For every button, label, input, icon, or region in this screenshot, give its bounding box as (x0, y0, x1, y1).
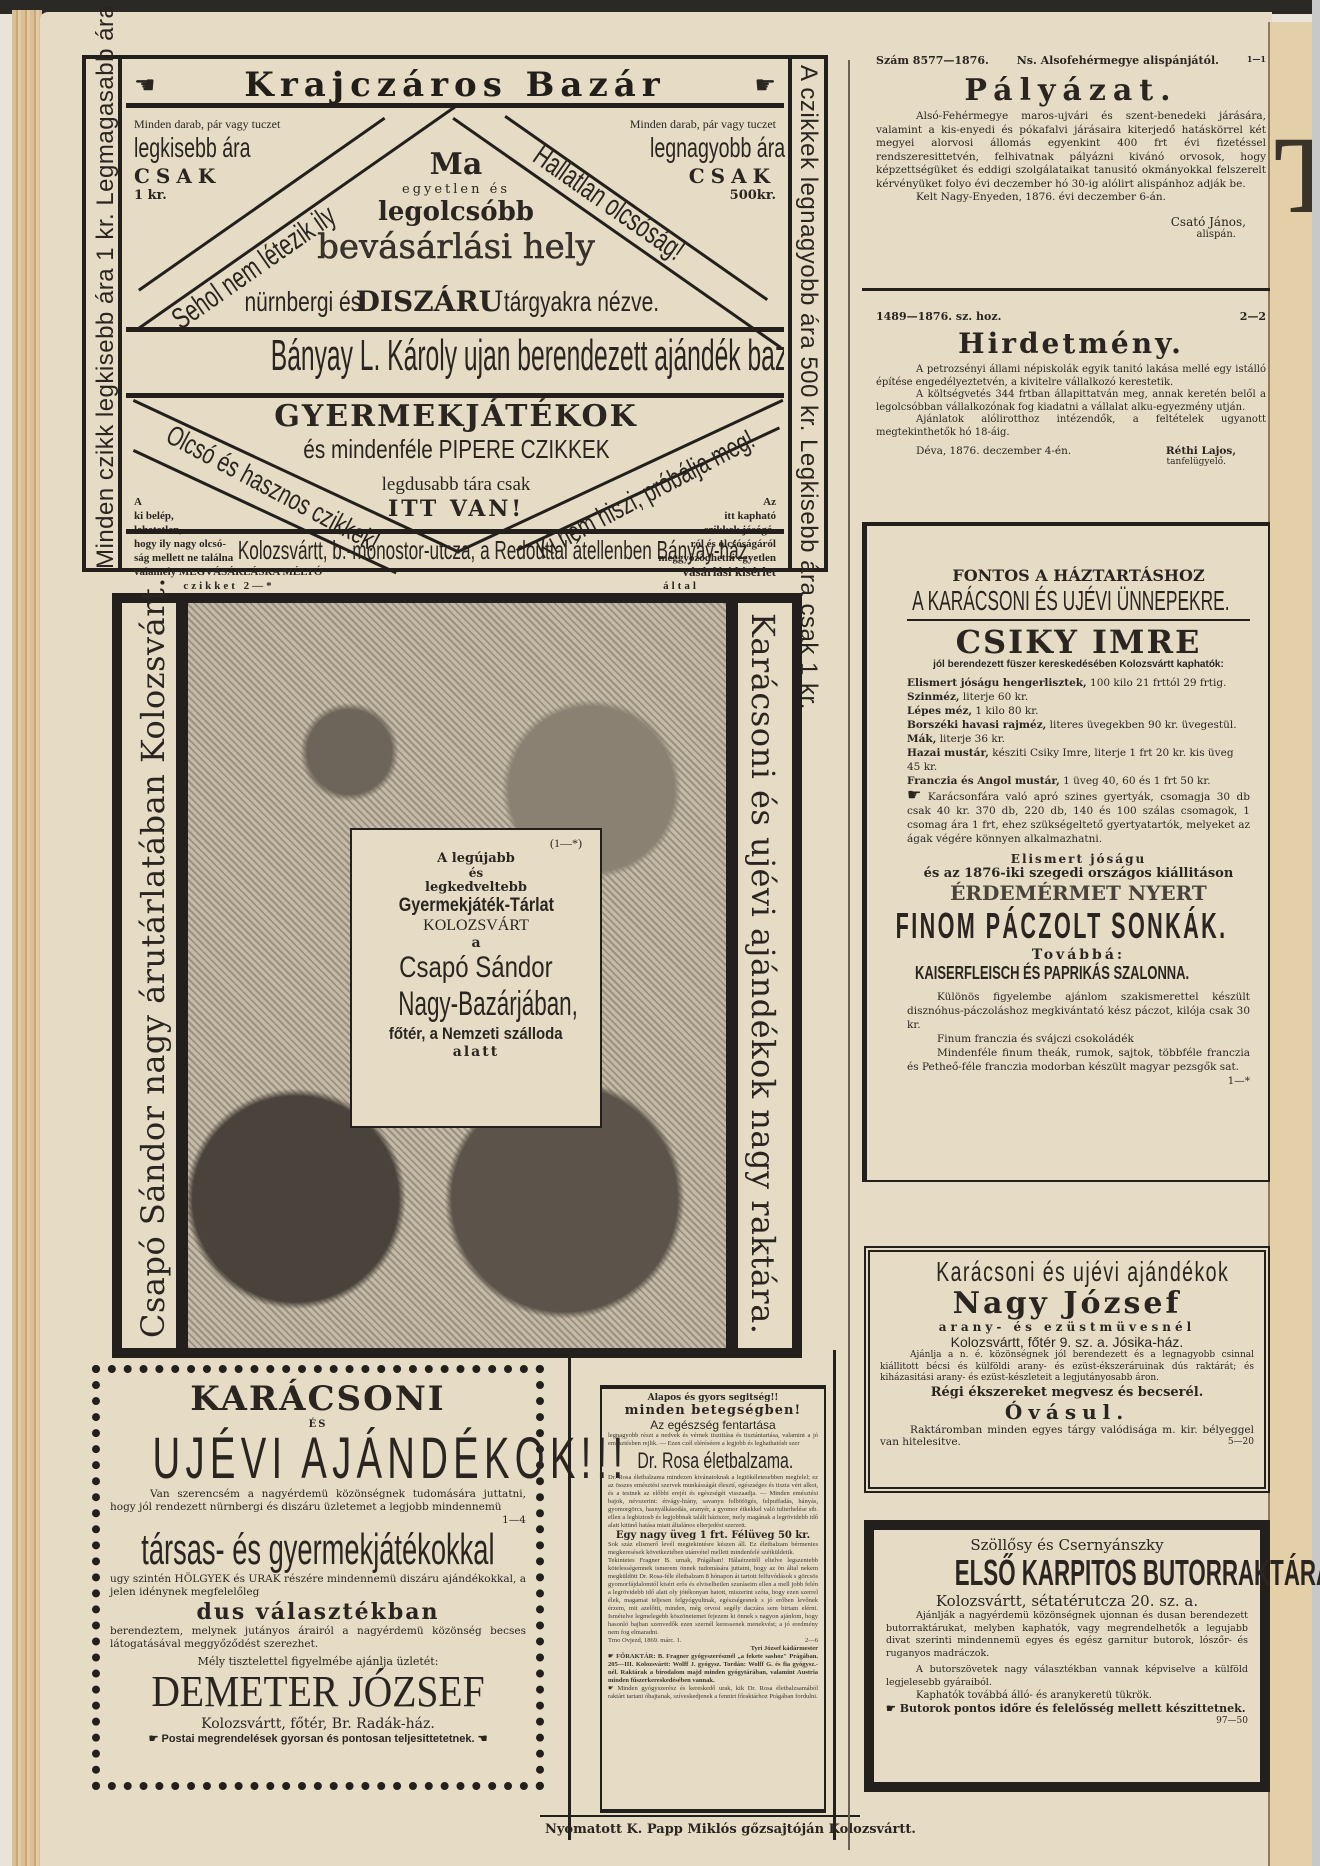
pointing-hand-icon: ☛ (608, 1653, 614, 1660)
item-name: Franczia és Angol mustár, (907, 775, 1060, 787)
csiky-item: Szinméz, literje 60 kr. (907, 690, 1250, 704)
postal-text: Postai megrendelések gyorsan és pontosan… (162, 1733, 475, 1745)
demeter-p2: ugy szintén HÖLGYEK és URAK részére mind… (110, 1573, 526, 1599)
pointing-hand-icon: ☛ (149, 1733, 159, 1745)
item-price: literes üvegekben 90 kr. üvegestül. (1046, 719, 1236, 731)
hirdetmeny-footer: Déva, 1876. deczember 4-én. Réthi Lajos, (876, 445, 1266, 457)
bazar-inner: ☚ Krajczáros Bazár ☛ Minden darab, pár v… (126, 59, 784, 568)
szollosy-h2: ELSŐ KARPITOS BUTORRAKTÁRA (955, 1554, 1179, 1592)
divider (862, 288, 1270, 291)
bazar-title: Krajczáros Bazár (126, 65, 784, 99)
csiky-item: Borszéki havasi rajméz, literes üvegekbe… (907, 718, 1250, 732)
left-vertical-band: Minden czikk legkisebb ára 1 kr. Legmaga… (86, 59, 122, 568)
nagy-p2: Raktáromban minden egyes tárgy valódiság… (880, 1424, 1254, 1449)
dr-rosa-ad: Alapos és gyors segitség!! minden betegs… (600, 1385, 826, 1813)
pointing-hand-icon: ☛ (608, 1685, 614, 1692)
karacsoni-heading: KARÁCSONI (110, 1379, 526, 1419)
ad-ref: 1—1 (1247, 54, 1266, 67)
caption-line: alatt (352, 1044, 600, 1060)
rosa-h2: minden betegségben! (608, 1403, 818, 1418)
pointing-hand-icon: ☚ (478, 1733, 488, 1745)
illustration-caption: (1—*) A legújabb és legkedveltebb Gyerme… (350, 828, 602, 1128)
pointing-hand-icon: ☛ (907, 785, 921, 804)
signer: Réthi Lajos, (1166, 445, 1236, 457)
bazar-address: Kolozsvártt, b.-monostor-utcza, a Redout… (126, 535, 784, 566)
rosa-h3: Az egészség fentartása (608, 1418, 818, 1432)
text-line: Az (586, 495, 776, 509)
pointing-hand-icon: ☛ (754, 71, 776, 99)
csiky-item: Elismert jóságu hengerlisztek, 100 kilo … (907, 676, 1250, 690)
diszaru-line: nürnbergi és DISZÁRU tárgyakra nézve. (126, 285, 784, 318)
caption-line: Csapó Sándor (399, 951, 552, 985)
ad-ref: 1—* (1198, 1074, 1250, 1088)
rosa-p1: legnagyobb részt a nedvek és vérnek tisz… (608, 1432, 818, 1448)
banyay-banner: Bányay L. Károly ujan berendezett ajándé… (126, 331, 784, 381)
szollosy-ad: Szöllősy és Csernyánszky ELSŐ KARPITOS B… (864, 1520, 1270, 1792)
signed-name: Tyri József kádármester (608, 1645, 818, 1653)
csiky-sub: jól berendezett füszer kereskedésében Ko… (907, 659, 1250, 670)
csiky-item: Mák, literje 36 kr. (907, 732, 1250, 746)
csiky-kaiser: KAISERFLEISCH ÉS PAPRIKÁS SZALONNA. (915, 963, 1162, 984)
issuer: Ns. Alsofehérmegye alispánjától. (1017, 54, 1219, 67)
hirdetmeny-p2: A költségvetés 344 frtban állapittatván … (876, 389, 1266, 414)
column-separator (848, 60, 850, 1850)
pointing-hand-icon: ☛ (886, 1702, 896, 1715)
item-price: literje 60 kr. (960, 691, 1029, 703)
diszaru-post: tárgyakra nézve. (504, 286, 659, 318)
csiky-sonkak: FINOM PÁCZOLT SONKÁK. (896, 905, 1102, 947)
item-name: Elismert jóságu hengerlisztek, (907, 677, 1087, 689)
item-price: 100 kilo 21 frttól 29 frtig. (1087, 677, 1227, 689)
text-line: A (134, 495, 324, 509)
rosa-price: Egy nagy üveg 1 frt. Félüveg 50 kr. (608, 1530, 818, 1541)
palyazat-body: Alsó-Fehérmegye maros-ujvári és szent-be… (876, 110, 1266, 191)
csiky-items: Elismert jóságu hengerlisztek, 100 kilo … (907, 676, 1250, 788)
demeter-address: Kolozsvártt, főtér, Br. Radák-ház. (110, 1716, 526, 1732)
csiky-h2: A KARÁCSONI ÉS UJÉVI ÜNNEPEKRE. (912, 585, 1125, 617)
p4-text: Butorok pontos időre és felelősség melle… (900, 1702, 1246, 1715)
csiky-imre-ad: FONTOS A HÁZTARTÁSHOZ A KARÁCSONI ÉS UJÉ… (862, 522, 1270, 1182)
palyazat-header: Szám 8577—1876. Ns. Alsofehérmegye alisp… (876, 54, 1266, 67)
csiky-tovabba: Továbbá: (907, 947, 1250, 963)
palyazat-title: Pályázat. (876, 73, 1266, 108)
krajczaros-bazar-ad: Minden czikk legkisebb ára 1 kr. Legmaga… (82, 55, 828, 572)
item-name: Lépes méz, (907, 705, 972, 717)
item-name: Borszéki havasi rajméz, (907, 719, 1046, 731)
divider (126, 393, 784, 398)
candles-text: Karácsonfára való apró szines gyertyák, … (907, 791, 1250, 845)
item-price: 1 kilo 80 kr. (972, 705, 1038, 717)
caption-line: a (352, 935, 600, 951)
csiky-item: Lépes méz, 1 kilo 80 kr. (907, 704, 1250, 718)
csiky-kiallitas: és az 1876-iki szegedi országos kiállitá… (907, 866, 1250, 881)
rosa-h1: Alapos és gyors segitség!! (608, 1393, 818, 1403)
footer-rule (540, 1815, 860, 1817)
csiky-item: Franczia és Angol mustár, 1 üveg 40, 60 … (907, 774, 1250, 788)
right-box-caption: Minden darab, pár vagy tuczet (596, 117, 776, 132)
left-box-csak: CSAK (134, 164, 294, 188)
nagy-regi: Régi ékszereket megvesz és becserél. (880, 1385, 1254, 1400)
text-line: ki belép, (134, 509, 324, 523)
diszaru-word: DISZÁRU (356, 285, 503, 318)
p5-text: Minden gyógyszerész és kereskedő urak, k… (608, 1685, 818, 1700)
hirdetmeny-header: 1489—1876. sz. hoz. 2—2 (876, 310, 1266, 323)
center-ma: Ma (276, 147, 636, 182)
hirdetmeny-title: Hirdetmény. (876, 327, 1266, 360)
right-vertical-band: A czikkek legnagyobb ára 500 kr. Legkise… (788, 59, 824, 568)
hirdetmeny-p3: Ajánlatok alólirotthoz intézendők, a fel… (876, 414, 1266, 439)
palyazat-dated: Kelt Nagy-Enyeden, 1876. évi deczember 6… (876, 191, 1266, 203)
csiky-name: CSIKY IMRE (907, 625, 1250, 659)
csiky-elismert: Elismert jóságu (907, 852, 1250, 866)
right-box-label: legnagyobb ára (650, 132, 776, 164)
itt-van-block: legdusabb tára csak ITT VAN! (316, 474, 596, 522)
divider (126, 529, 784, 534)
szollosy-p4: ☛ Butorok pontos időre és felelősség mel… (886, 1702, 1248, 1715)
left-box-caption: Minden darab, pár vagy tuczet (134, 117, 294, 132)
palyazat-notice: Szám 8577—1876. Ns. Alsofehérmegye alisp… (876, 54, 1266, 240)
dus-heading: dus választékban (110, 1599, 526, 1625)
rosa-p4: Tekintetes Fragner B. urnak, Prágában! H… (608, 1557, 818, 1637)
divider (907, 619, 1250, 621)
signer-title: alispán. (876, 229, 1266, 240)
text-line: vásárlási kisérlet (586, 565, 776, 579)
diszaru-pre: nürnbergi és (244, 286, 361, 318)
ujevi-heading: UJÉVI AJÁNDÉKOK!!! (153, 1430, 629, 1488)
left-price-box: Minden darab, pár vagy tuczet legkisebb … (134, 117, 294, 203)
nagy-p1: Ajánlja a n. é. közönségnek jól berendez… (880, 1350, 1254, 1385)
caption-line: KOLOZSVÁRT (352, 917, 600, 935)
csiky-p3: Mindenféle finum theák, rumok, sajtok, t… (907, 1046, 1250, 1074)
nagy-name: Nagy József (880, 1288, 1254, 1320)
ad-ref: 5—20 (1198, 1436, 1254, 1449)
nagy-trade: arany- és ezüstmüvesnél (880, 1320, 1254, 1334)
text-line: itt kapható (586, 509, 776, 523)
caption-ref: (1—*) (352, 836, 600, 851)
csapo-illustration-ad: Csapó Sándor nagy árutárlatában Kolozsvá… (112, 593, 802, 1358)
hirdetmeny-p1: A petrozsényi állami népiskolák egyik ta… (876, 364, 1266, 389)
caption-line: A legújabb (352, 851, 600, 866)
csiky-erdemermet: ÉRDEMÉRMET NYERT (907, 881, 1250, 905)
left-box-label: legkisebb ára (134, 132, 246, 164)
rosa-title: Dr. Rosa életbalzama. (637, 1448, 788, 1474)
szollosy-address: Kolozsvártt, sétatérutcza 20. sz. a. (886, 1592, 1248, 1610)
item-name: Szinméz, (907, 691, 960, 703)
bazar-address-text: Kolozsvártt, b.-monostor-utcza, a Redout… (238, 535, 672, 566)
rosa-p3: Sok száz elismerő levél megtekintésre ké… (608, 1541, 818, 1557)
csiky-item: Hazai mustár, késziti Csiky Imre, literj… (907, 746, 1250, 774)
caption-line: legkedveltebb (352, 880, 600, 895)
tara-line: legdusabb tára csak (316, 474, 596, 496)
signer-title: tanfelügyelő. (876, 457, 1266, 467)
szollosy-p1: Ajánlják a nagyérdemü közönségnek ujonna… (886, 1610, 1248, 1660)
ref-number: Szám 8577—1876. (876, 54, 989, 67)
left-vertical-band: Csapó Sándor nagy árutárlatában Kolozsvá… (122, 603, 188, 1348)
item-name: Mák, (907, 733, 936, 745)
page-stack-edge (12, 10, 42, 1866)
nagy-ovasul: Óvásul. (880, 1400, 1254, 1424)
rosa-p5: ☛ Minden gyógyszerész és kereskedő urak,… (608, 1685, 818, 1701)
rosa-foraktar: ☛ FŐRAKTÁR: B. Fragner gyógyszerésznél „… (608, 1653, 818, 1685)
bazar-center-text: Ma egyetlen és legolcsóbb bevásárlási he… (276, 147, 636, 267)
left-vertical-text: Minden czikk legkisebb ára 1 kr. Legmaga… (92, 0, 120, 569)
caption-line: és (352, 866, 600, 880)
center-legolcsobb: legolcsóbb (276, 197, 636, 227)
caption-line: főtér, a Nemzeti szálloda (389, 1024, 563, 1044)
tarsas-heading: társas- és gyermekjátékokkal (141, 1527, 494, 1573)
gyermek-block: GYERMEKJÁTÉKOK és mindenféle PIPERE CZIK… (226, 399, 686, 465)
text-line: által (586, 579, 776, 593)
ref-number: 1489—1876. sz. hoz. (876, 310, 1001, 323)
gyermek-heading: GYERMEKJÁTÉKOK (226, 399, 686, 434)
demeter-jozsef-ad: KARÁCSONI ÉS UJÉVI AJÁNDÉKOK!!! Van szer… (92, 1365, 544, 1790)
signer: Csató János, (876, 215, 1266, 229)
item-price: literje 36 kr. (936, 733, 1005, 745)
caption-line: Gyermekjáték-Tárlat (398, 895, 553, 917)
ad-ref: 97—50 (1216, 1715, 1248, 1728)
paragraph-text: Van szerencsém a nagyérdemü közönségnek … (110, 1488, 526, 1513)
nagy-h1: Karácsoni és ujévi ajándékok (936, 1256, 1198, 1288)
banyay-banner-text: Bányay L. Károly ujan berendezett ajándé… (271, 331, 639, 381)
demeter-postal: ☛ Postai megrendelések gyorsan és pontos… (110, 1732, 526, 1745)
item-name: Hazai mustár, (907, 747, 989, 759)
csiky-h1: FONTOS A HÁZTARTÁSHOZ (907, 566, 1250, 585)
center-hely: bevásárlási hely (276, 227, 636, 267)
p3-text: Mindenféle finum theák, rumok, sajtok, t… (907, 1047, 1250, 1073)
center-egyetlen: egyetlen és (276, 182, 636, 197)
demeter-name: DEMETER JÓZSEF (131, 1668, 505, 1716)
adjacent-page-letter: T (1274, 112, 1312, 239)
demeter-p3: berendeztem, melynek jutányos árairól a … (110, 1625, 526, 1651)
demeter-p1: Van szerencsém a nagyérdemü közönségnek … (110, 1488, 526, 1514)
caption-line: Nagy-Bazárjában, (398, 985, 578, 1024)
szollosy-p3: Kaphatók továbbá álló- és aranykeretü tü… (886, 1689, 1248, 1702)
itt-van: ITT VAN! (316, 496, 596, 522)
rosa-signature: Trno Ovjezd, 1869. márc. 1. 2—6 (608, 1637, 818, 1645)
signed-place: Trno Ovjezd, 1869. márc. 1. (608, 1637, 681, 1645)
nagy-jozsef-ad: Karácsoni és ujévi ajándékok Nagy József… (864, 1246, 1270, 1493)
foraktar-text: FŐRAKTÁR: B. Fragner gyógyszerésznél „a … (608, 1653, 818, 1684)
left-vertical-text: Csapó Sándor nagy árutárlatában Kolozsvá… (134, 577, 172, 1338)
csiky-p2: Finum franczia és svájczi csokoládék (907, 1032, 1250, 1046)
pipere-line: és mindenféle PIPERE CZIKKEK (303, 434, 609, 465)
hirdetmeny-notice: 1489—1876. sz. hoz. 2—2 Hirdetmény. A pe… (876, 310, 1266, 467)
hirdetmeny-dated: Déva, 1876. deczember 4-én. (916, 445, 1071, 457)
csiky-p1: Különös figyelembe ajánlom szakismerette… (907, 990, 1250, 1032)
right-vertical-text: Karácsoni és ujévi ajándékok nagy raktár… (744, 613, 782, 1334)
right-vertical-band: Karácsoni és ujévi ajándékok nagy raktár… (726, 603, 792, 1348)
nagy-address: Kolozsvártt, főtér 9. sz. a. Jósika-ház. (880, 1334, 1254, 1350)
ad-ref: 2—6 (805, 1637, 818, 1645)
szollosy-p2: A butorszövetek nagy választékban vannak… (886, 1664, 1248, 1689)
ad-ref: 2—2 (1240, 310, 1266, 323)
item-price: 1 üveg 40, 60 és 1 frt 50 kr. (1060, 775, 1211, 787)
rosa-p2: Dr. Rosa életbalzama mindezen kivánatokn… (608, 1474, 818, 1530)
csiky-candles: ☛ Karácsonfára való apró szines gyertyák… (907, 788, 1250, 846)
printer-imprint: Nyomatott K. Papp Miklós gőzsajtóján Kol… (545, 1822, 916, 1837)
